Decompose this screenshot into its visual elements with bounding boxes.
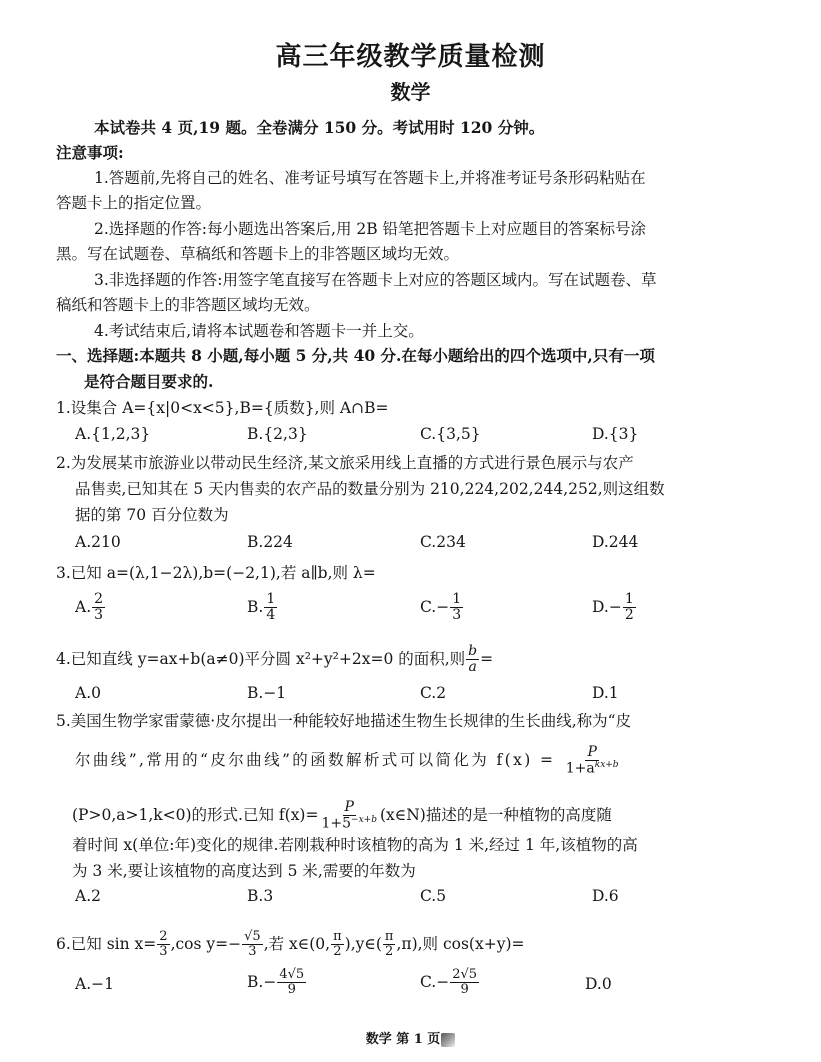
scan-smudge-icon [441, 1033, 455, 1047]
q6-option-d: D.0 [585, 975, 612, 993]
q5-option-c: C.5 [420, 887, 446, 905]
fraction: 2√59 [450, 968, 479, 998]
pearl-curve-formula: P1+akx+b [564, 745, 621, 777]
q5-option-d: D.6 [592, 887, 619, 905]
note-2-line1: 2.选择题的作答:每小题选出答案后,用 2B 铅笔把答题卡上对应题目的答案标号涂 [94, 219, 646, 239]
q6-option-b: B.−4√59 [247, 968, 307, 998]
q3-option-a: A.23 [75, 592, 106, 624]
q1-option-d: D.{3} [592, 425, 638, 443]
notes-heading: 注意事项: [56, 143, 124, 163]
q5-stem-line5: 为 3 米,要让该植物的高度达到 5 米,需要的年数为 [72, 861, 416, 881]
q3-option-d: D.−12 [592, 592, 637, 624]
fraction: ba [466, 644, 479, 676]
exam-page: 高三年级教学质量检测 数学 本试卷共 4 页,19 题。全卷满分 150 分。考… [0, 0, 821, 1062]
q2-option-c: C.234 [420, 533, 466, 551]
note-3-line2: 稿纸和答题卡上的非答题区域均无效。 [56, 295, 320, 315]
q4-option-a: A.0 [75, 684, 101, 702]
section1-heading-line2: 是符合题目要求的. [84, 372, 213, 392]
q1-option-b: B.{2,3} [247, 425, 308, 443]
fraction: π2 [383, 930, 396, 960]
q6-stem: 6.已知 sin x=23,cos y=−√53,若 x∈(0,π2),y∈(π… [56, 930, 525, 960]
note-3-line1: 3.非选择题的作答:用签字笔直接写在答题卡上对应的答题区域内。写在试题卷、草 [94, 270, 657, 290]
q1-option-a: A.{1,2,3} [75, 425, 150, 443]
fraction: √53 [242, 930, 263, 960]
q5-stem-line3: (P>0,a>1,k<0)的形式.已知 f(x)=P1+5−x+b(x∈N)描述… [72, 800, 612, 832]
fraction: 13 [450, 592, 463, 624]
exam-info: 本试卷共 4 页,19 题。全卷满分 150 分。考试用时 120 分钟。 [94, 118, 544, 138]
q3-option-c: C.−13 [420, 592, 464, 624]
q5-stem-line1: 5.美国生物学家雷蒙德·皮尔提出一种能较好地描述生物生长规律的生长曲线,称为“皮 [56, 711, 631, 731]
note-2-line2: 黑。写在试题卷、草稿纸和答题卡上的非答题区域均无效。 [56, 244, 459, 264]
q5-option-b: B.3 [247, 887, 273, 905]
exam-title: 高三年级教学质量检测 [0, 36, 821, 73]
fraction: 23 [157, 930, 169, 960]
q4-option-d: D.1 [592, 684, 619, 702]
q2-stem-line1: 2.为发展某市旅游业以带动民生经济,某文旅采用线上直播的方式进行景色展示与农产 [56, 453, 634, 473]
q1-option-c: C.{3,5} [420, 425, 481, 443]
fraction: 12 [623, 592, 636, 624]
q1-stem: 1.设集合 A={x|0<x<5},B={质数},则 A∩B= [56, 398, 388, 418]
subject-title: 数学 [0, 76, 821, 105]
q6-option-c: C.−2√59 [420, 968, 480, 998]
q5-stem-line2: 尔曲线”,常用的“皮尔曲线”的函数解析式可以简化为 f(x) = P1+akx+… [75, 745, 622, 777]
plant-formula: P1+5−x+b [319, 800, 378, 832]
fraction: 23 [92, 592, 105, 624]
fraction: 14 [264, 592, 277, 624]
q5-stem-line4: 着时间 x(单位:年)变化的规律.若刚栽种时该植物的高为 1 米,经过 1 年,… [72, 835, 638, 855]
q4-option-b: B.−1 [247, 684, 286, 702]
q2-option-b: B.224 [247, 533, 293, 551]
q4-option-c: C.2 [420, 684, 446, 702]
q4-stem: 4.已知直线 y=ax+b(a≠0)平分圆 x²+y²+2x=0 的面积,则ba… [56, 644, 493, 676]
note-1-line1: 1.答题前,先将自己的姓名、准考证号填写在答题卡上,并将准考证号条形码粘贴在 [94, 168, 646, 188]
q6-option-a: A.−1 [75, 975, 114, 993]
note-1-line2: 答题卡上的指定位置。 [56, 193, 211, 213]
fraction: π2 [331, 930, 344, 960]
q2-option-d: D.244 [592, 533, 638, 551]
q3-stem: 3.已知 a=(λ,1−2λ),b=(−2,1),若 a∥b,则 λ= [56, 563, 376, 583]
page-footer: 数学 第 1 页 [0, 1028, 821, 1047]
section1-heading-line1: 一、选择题:本题共 8 小题,每小题 5 分,共 40 分.在每小题给出的四个选… [56, 346, 655, 366]
q3-option-b: B.14 [247, 592, 278, 624]
q2-option-a: A.210 [75, 533, 121, 551]
q2-stem-line3: 据的第 70 百分位数为 [75, 505, 229, 525]
note-4: 4.考试结束后,请将本试题卷和答题卡一并上交。 [94, 321, 424, 341]
fraction: 4√59 [277, 968, 306, 998]
q2-stem-line2: 品售卖,已知其在 5 天内售卖的农产品的数量分别为 210,224,202,24… [75, 479, 665, 499]
q5-option-a: A.2 [75, 887, 101, 905]
